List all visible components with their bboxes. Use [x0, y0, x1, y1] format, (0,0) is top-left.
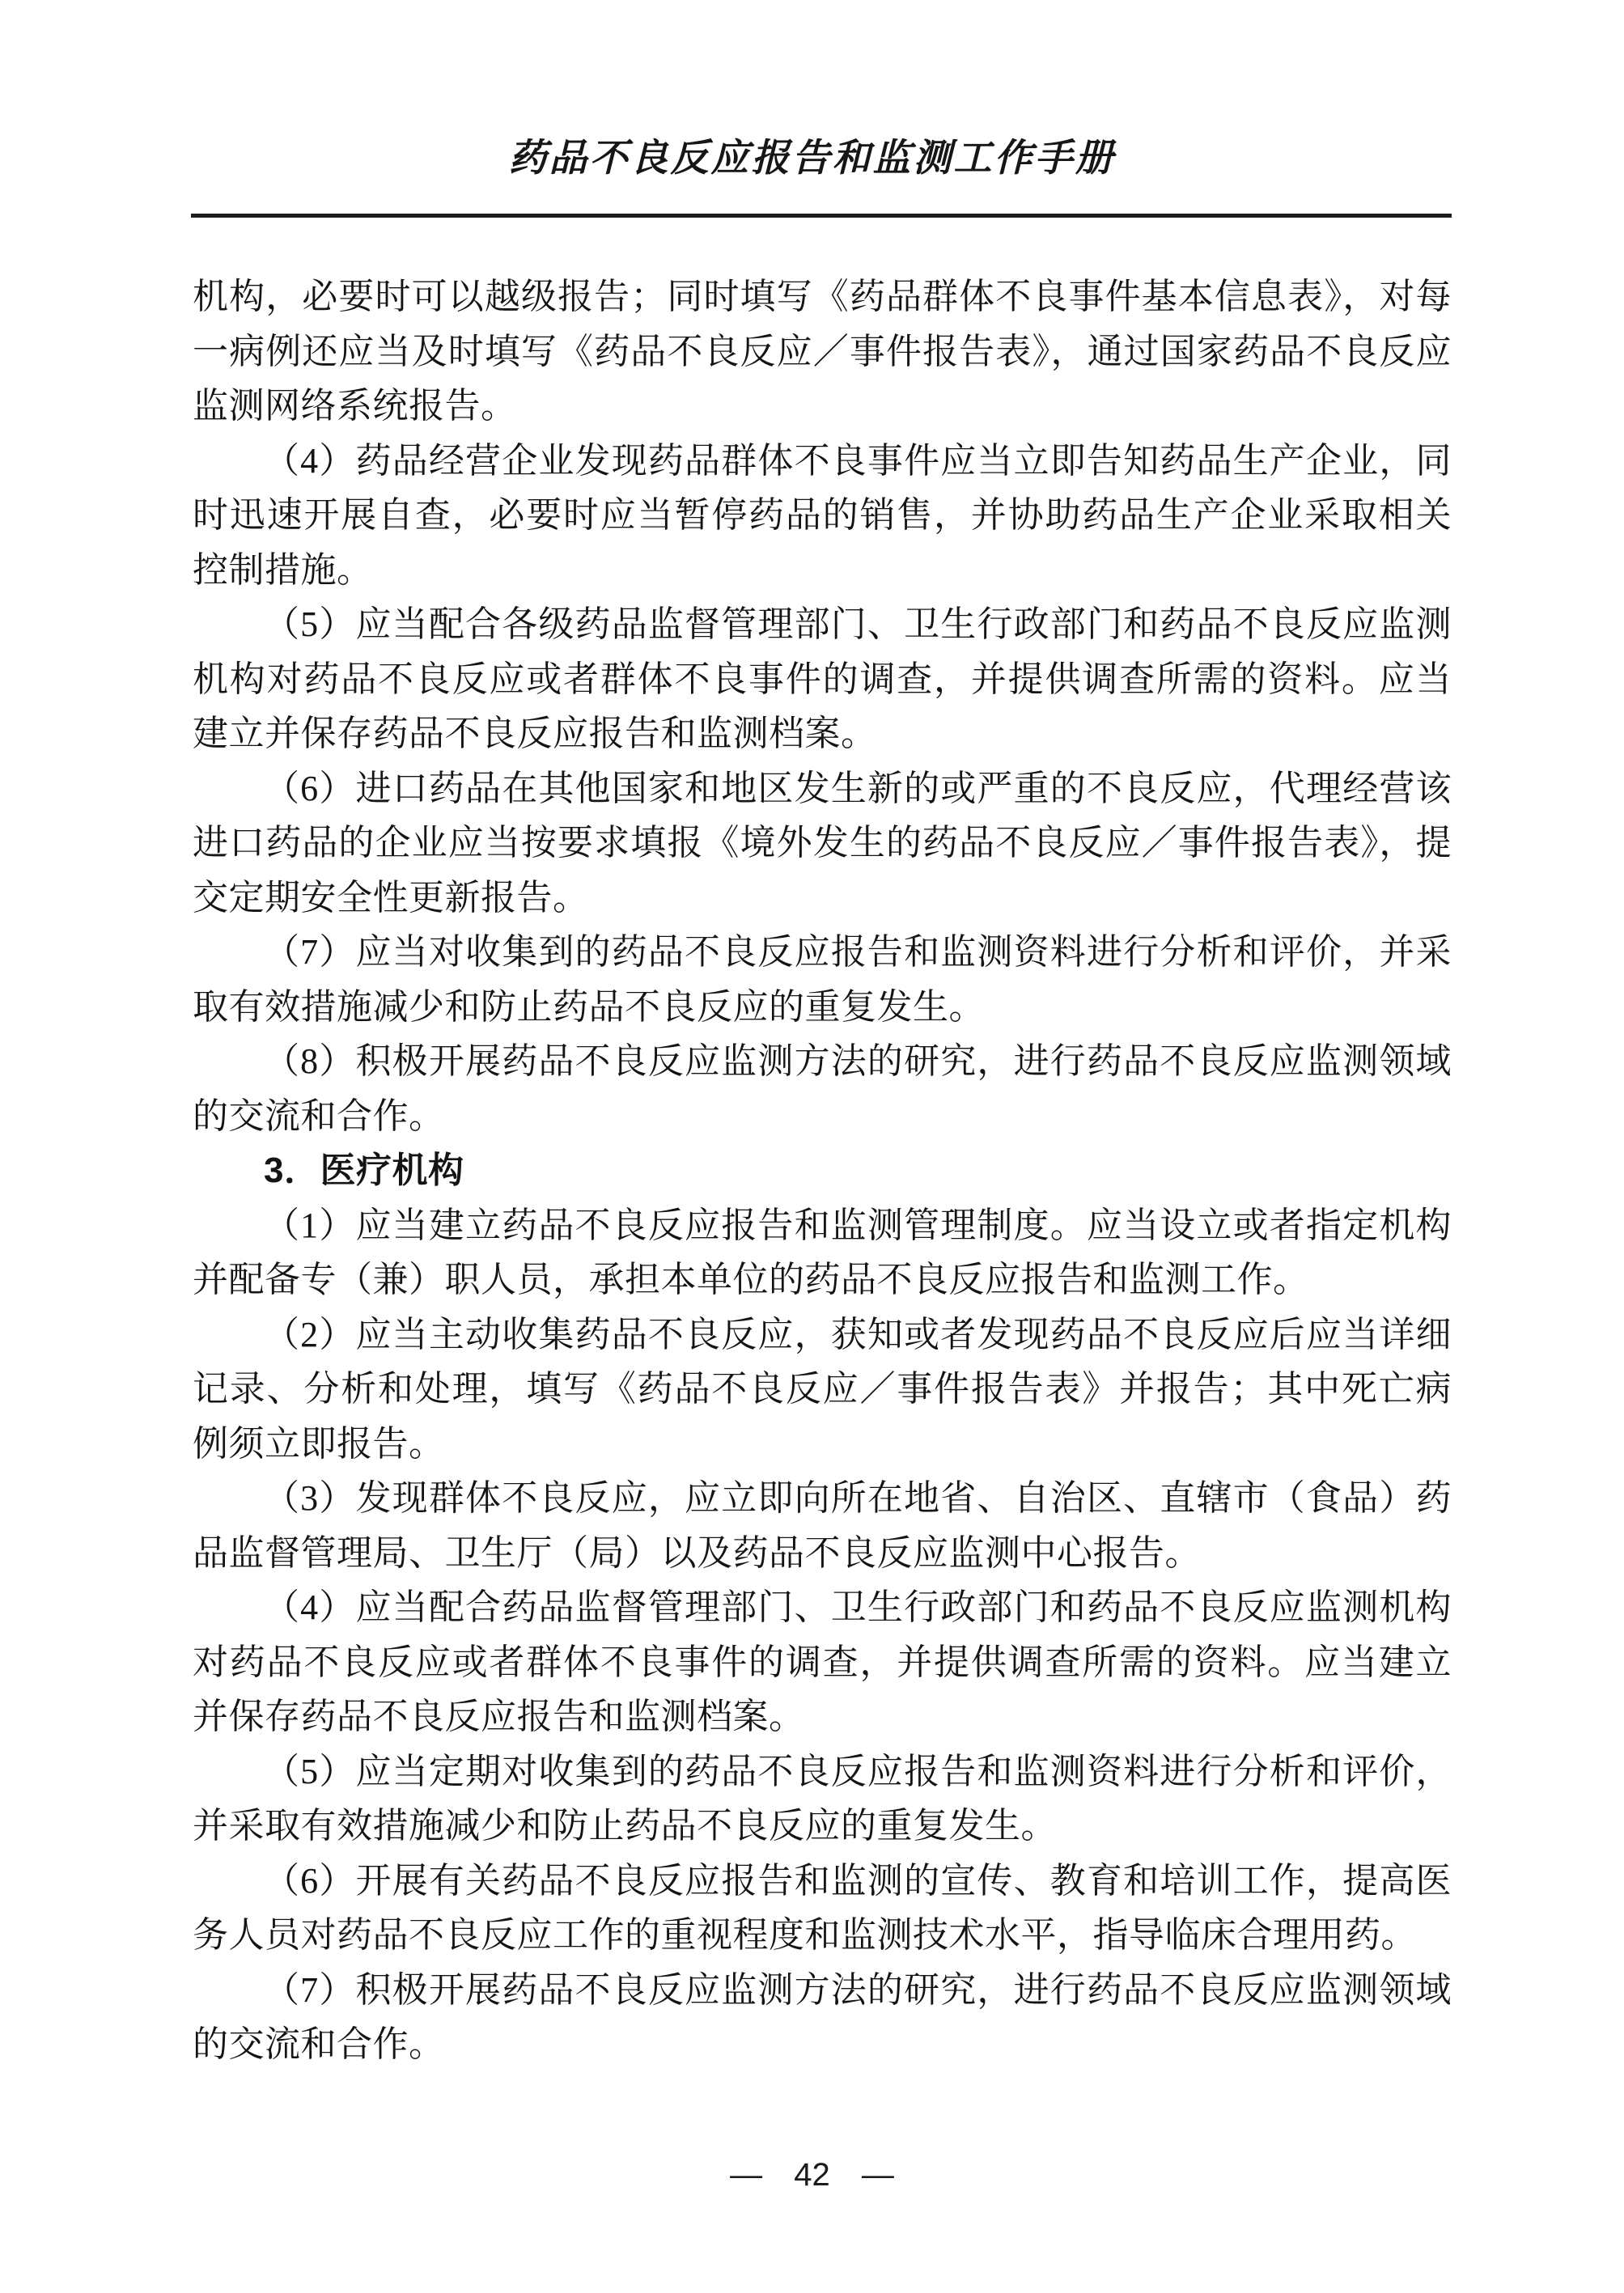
- paragraph-item-7: （7）应当对收集到的药品不良反应报告和监测资料进行分析和评价，并采取有效措施减少…: [193, 925, 1452, 1034]
- page-footer: — 42 —: [0, 2157, 1624, 2193]
- paragraph-item-7b: （7）积极开展药品不良反应监测方法的研究，进行药品不良反应监测领域的交流和合作。: [193, 1963, 1452, 2072]
- paragraph-item-5b: （5）应当定期对收集到的药品不良反应报告和监测资料进行分析和评价，并采取有效措施…: [193, 1744, 1452, 1854]
- page-body: 机构，必要时可以越级报告；同时填写《药品群体不良事件基本信息表》，对每一病例还应…: [193, 269, 1452, 2072]
- paragraph-item-3: （3）发现群体不良反应，应立即向所在地省、自治区、直辖市（食品）药品监督管理局、…: [193, 1471, 1452, 1580]
- paragraph-continuation: 机构，必要时可以越级报告；同时填写《药品群体不良事件基本信息表》，对每一病例还应…: [193, 269, 1452, 434]
- running-header-title: 药品不良反应报告和监测工作手册: [0, 128, 1624, 182]
- paragraph-item-6: （6）进口药品在其他国家和地区发生新的或严重的不良反应，代理经营该进口药品的企业…: [193, 761, 1452, 926]
- page-number: — 42 —: [730, 2157, 894, 2193]
- paragraph-item-1: （1）应当建立药品不良反应报告和监测管理制度。应当设立或者指定机构并配备专（兼）…: [193, 1198, 1452, 1308]
- paragraph-item-8: （8）积极开展药品不良反应监测方法的研究，进行药品不良反应监测领域的交流和合作。: [193, 1034, 1452, 1143]
- header-rule: [191, 214, 1452, 218]
- paragraph-item-4: （4）药品经营企业发现药品群体不良事件应当立即告知药品生产企业，同时迅速开展自查…: [193, 434, 1452, 598]
- paragraph-item-5: （5）应当配合各级药品监督管理部门、卫生行政部门和药品不良反应监测机构对药品不良…: [193, 597, 1452, 761]
- section-heading-medical-institutions: 3．医疗机构: [193, 1143, 1452, 1198]
- paragraph-item-2: （2）应当主动收集药品不良反应，获知或者发现药品不良反应后应当详细记录、分析和处…: [193, 1308, 1452, 1472]
- document-page: 药品不良反应报告和监测工作手册 机构，必要时可以越级报告；同时填写《药品群体不良…: [0, 0, 1624, 2293]
- paragraph-item-6b: （6）开展有关药品不良反应报告和监测的宣传、教育和培训工作，提高医务人员对药品不…: [193, 1854, 1452, 1963]
- paragraph-item-4b: （4）应当配合药品监督管理部门、卫生行政部门和药品不良反应监测机构对药品不良反应…: [193, 1580, 1452, 1744]
